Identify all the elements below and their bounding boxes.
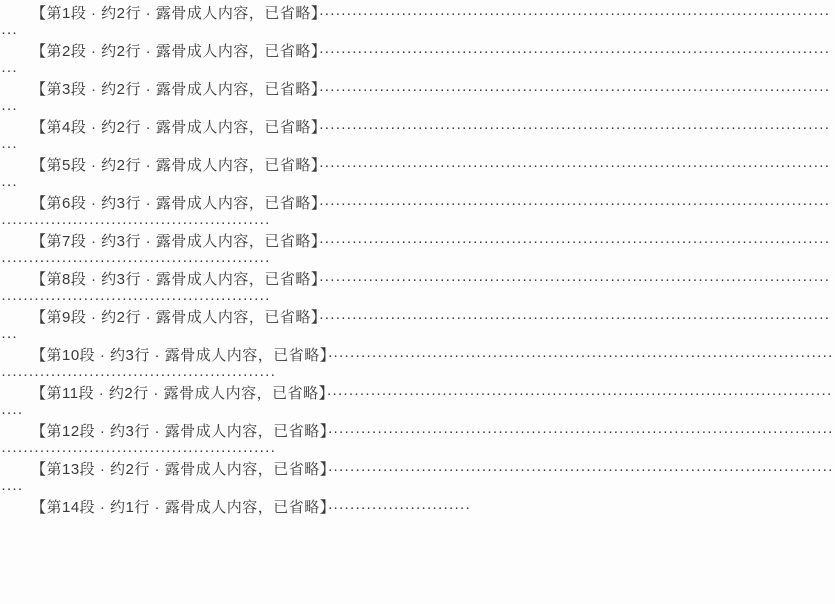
paragraph: 【第13段 · 约2行 · 露骨成人内容，已省略】···············… — [1, 460, 834, 498]
paragraph: 【第12段 · 约3行 · 露骨成人内容，已省略】···············… — [1, 422, 834, 460]
paragraph: 【第8段 · 约3行 · 露骨成人内容，已省略】················… — [1, 270, 834, 308]
paragraph: 【第6段 · 约3行 · 露骨成人内容，已省略】················… — [1, 194, 834, 232]
paragraph: 【第4段 · 约2行 · 露骨成人内容，已省略】················… — [1, 118, 834, 156]
text-page: 【第1段 · 约2行 · 露骨成人内容，已省略】················… — [0, 0, 835, 604]
paragraph: 【第7段 · 约3行 · 露骨成人内容，已省略】················… — [1, 232, 834, 270]
paragraph: 【第14段 · 约1行 · 露骨成人内容，已省略】···············… — [1, 498, 834, 517]
paragraph: 【第11段 · 约2行 · 露骨成人内容，已省略】···············… — [1, 384, 834, 422]
paragraph: 【第1段 · 约2行 · 露骨成人内容，已省略】················… — [1, 4, 834, 42]
paragraph: 【第10段 · 约3行 · 露骨成人内容，已省略】···············… — [1, 346, 834, 384]
paragraph: 【第2段 · 约2行 · 露骨成人内容，已省略】················… — [1, 42, 834, 80]
paragraph: 【第3段 · 约2行 · 露骨成人内容，已省略】················… — [1, 80, 834, 118]
paragraph: 【第5段 · 约2行 · 露骨成人内容，已省略】················… — [1, 156, 834, 194]
paragraph: 【第9段 · 约2行 · 露骨成人内容，已省略】················… — [1, 308, 834, 346]
